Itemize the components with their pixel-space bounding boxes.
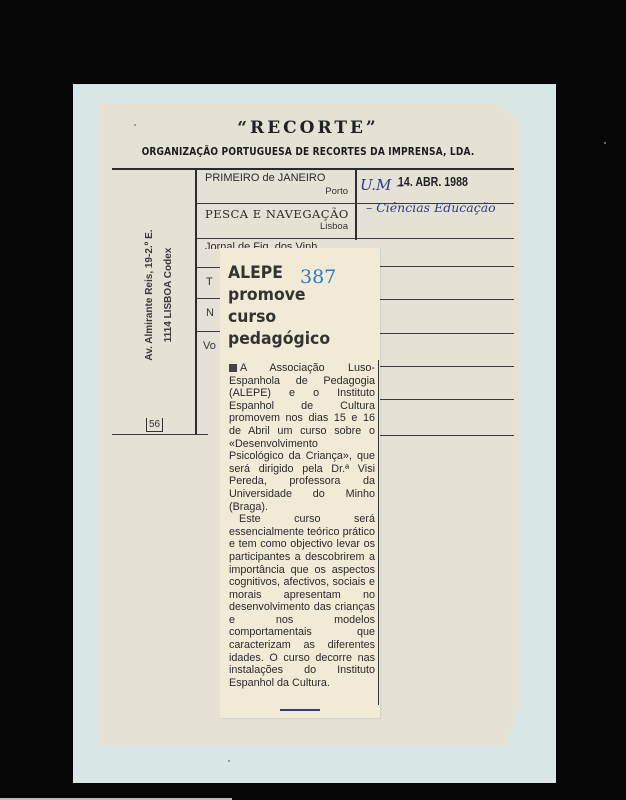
clipping-body: A Associação Luso-Espanhola de Pedagogia… <box>229 362 375 689</box>
publication-city: Lisboa <box>300 221 348 232</box>
form-rule <box>196 267 220 268</box>
form-rule <box>372 399 514 400</box>
publication-city: Porto <box>300 186 348 197</box>
publication-name: T <box>206 276 213 288</box>
form-rule <box>196 238 514 239</box>
agency-subtitle: ORGANIZAÇÃO PORTUGUESA DE RECORTES DA IM… <box>127 146 490 158</box>
publication-name: PESCA E NAVEGAÇÃO <box>205 207 349 221</box>
handwritten-category: – Ciências Educação <box>366 200 496 215</box>
column-divider-mid <box>355 170 357 240</box>
clipping-paragraph-1: A Associação Luso-Espanhola de Pedagogia… <box>229 362 375 513</box>
article-end-mark <box>280 709 320 711</box>
publication-name: Vo <box>203 340 216 352</box>
address-block: Av. Almirante Reis, 19-2.º E. 1114 LISBO… <box>138 205 182 385</box>
column-divider-left <box>195 170 197 434</box>
header-rule <box>112 168 514 170</box>
column-rule <box>378 360 379 705</box>
date-stamp: 14. ABR. 1988 <box>398 175 468 189</box>
form-rule <box>372 366 514 367</box>
dust-speck <box>228 760 230 762</box>
form-rule <box>372 266 514 267</box>
address-street: Av. Almirante Reis, 19-2.º E. <box>140 205 159 385</box>
publication-name: N <box>206 307 214 319</box>
publication-name: PRIMEIRO de JANEIRO <box>205 172 325 184</box>
dust-speck <box>134 124 136 126</box>
agency-title: “RECORTE” <box>97 118 519 138</box>
form-rule <box>372 333 514 334</box>
form-rule <box>196 298 220 299</box>
form-rule <box>372 299 514 300</box>
box-number: 56 <box>146 418 163 432</box>
form-rule <box>196 331 220 332</box>
form-rule <box>112 434 208 435</box>
form-rule <box>372 435 514 436</box>
headline-line: curso <box>228 306 330 328</box>
headline-line: pedagógico <box>228 328 330 350</box>
dust-speck <box>604 142 606 144</box>
clipping-paragraph-2: Este curso será essencialmente teórico p… <box>229 513 375 689</box>
address-city: 1114 LISBOA Codex <box>159 205 178 385</box>
handwritten-clipping-number: 387 <box>300 266 336 288</box>
paragraph-bullet-icon <box>229 364 237 372</box>
